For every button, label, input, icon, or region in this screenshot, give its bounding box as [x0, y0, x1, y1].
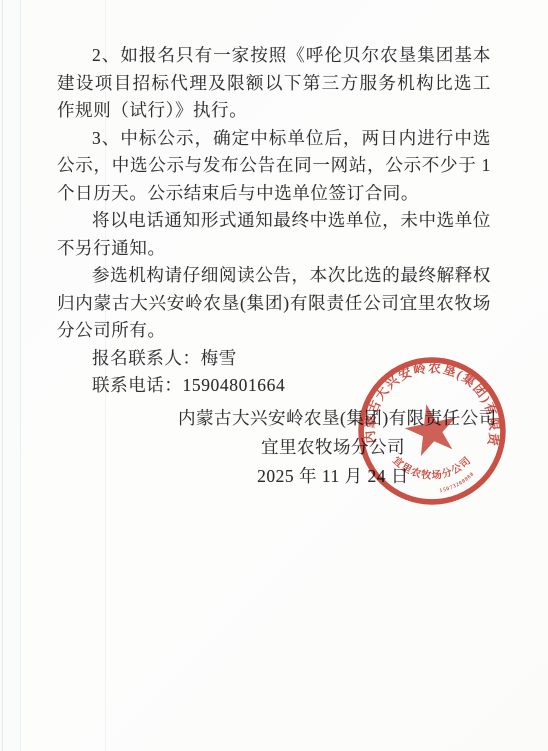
seal-bottom-branch-text: 宜里农牧场分公司	[390, 454, 473, 482]
document-body: 2、如报名只有一家按照《呼伦贝尔农垦集团基本建设项目招标代理及限额以下第三方服务…	[57, 42, 491, 400]
scan-artifact-line	[2, 0, 3, 751]
seal-graphic: 内蒙古大兴安岭农垦(集团)有限责任公司 宜里农牧场分公司 15073200888	[356, 355, 508, 507]
paragraph-rule-clause: 2、如报名只有一家按照《呼伦贝尔农垦集团基本建设项目招标代理及限额以下第三方服务…	[57, 42, 491, 125]
scan-edge-strip	[0, 0, 20, 751]
paragraph-award-publicity: 3、中标公示，确定中标单位后，两日内进行中选公示，中选公示与发布公告在同一网站，…	[57, 125, 491, 208]
paragraph-phone-notice: 将以电话通知形式通知最终中选单位，未中选单位不另行通知。	[57, 207, 491, 262]
paragraph-interpretation-right: 参选机构请仔细阅读公告，本次比选的最终解释权归内蒙古大兴安岭农垦(集团)有限责任…	[57, 262, 491, 345]
seal-star-icon	[401, 399, 462, 458]
official-red-seal: 内蒙古大兴安岭农垦(集团)有限责任公司 宜里农牧场分公司 15073200888	[356, 355, 508, 507]
scan-artifact-line	[20, 0, 21, 751]
scanned-document-page: 2、如报名只有一家按照《呼伦贝尔农垦集团基本建设项目招标代理及限额以下第三方服务…	[0, 0, 548, 751]
